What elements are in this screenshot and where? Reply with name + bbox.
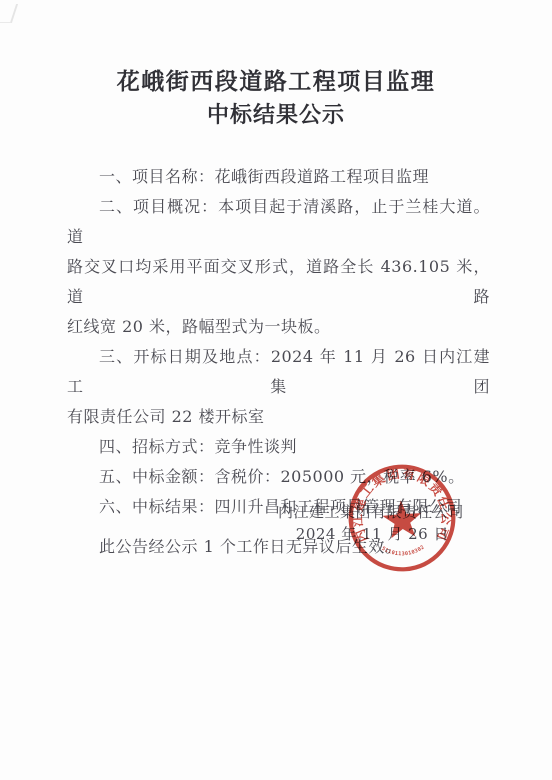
body-line-overview-1: 二、项目概况：本项目起于清溪路，止于兰桂大道。道 [67, 192, 490, 252]
body-line-overview-2: 路交叉口均采用平面交叉形式，道路全长 436.105 米，道路 [67, 252, 490, 312]
company-seal-stamp: 内江建工集团有限责任公司 5110113010302 [342, 458, 462, 578]
announcement-page: 花峨街西段道路工程项目监理 中标结果公示 一、项目名称：花峨街西段道路工程项目监… [0, 0, 552, 780]
body-line-tender-method: 四、招标方式：竞争性谈判 [67, 432, 490, 462]
title-line-2: 中标结果公示 [0, 100, 552, 130]
body-line-bid-opening-1: 三、开标日期及地点：2024 年 11 月 26 日内江建工集团 [67, 342, 490, 402]
seal-star-icon [381, 499, 423, 539]
title-line-1: 花峨街西段道路工程项目监理 [0, 66, 552, 98]
seal-serial-text-container: 5110113010302 [380, 543, 426, 559]
seal-graphic: 内江建工集团有限责任公司 5110113010302 [342, 458, 462, 578]
body-line-bid-opening-2: 有限责任公司 22 楼开标室 [67, 402, 490, 432]
document-title: 花峨街西段道路工程项目监理 中标结果公示 [0, 0, 552, 130]
body-line-overview-3: 红线宽 20 米，路幅型式为一块板。 [67, 312, 490, 342]
seal-serial-number: 5110113010302 [380, 543, 426, 559]
body-line-project-name: 一、项目名称：花峨街西段道路工程项目监理 [67, 162, 490, 192]
